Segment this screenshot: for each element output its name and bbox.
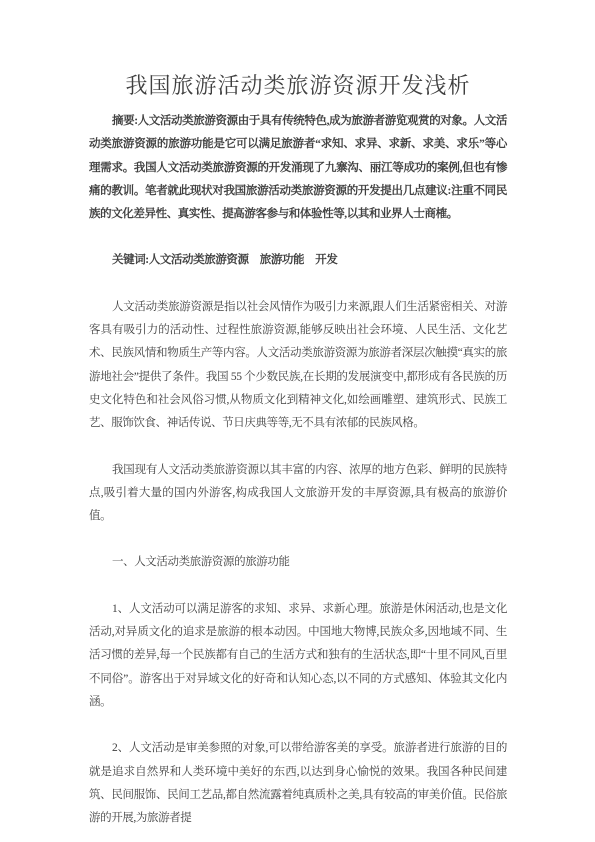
keywords-line: 关键词:人文活动类旅游资源 旅游功能 开发 xyxy=(89,249,507,272)
abstract-paragraph: 摘要:人文活动类旅游资源由于具有传统特色,成为旅游者游览观赏的对象。人文活动类旅… xyxy=(89,110,507,226)
intro-paragraph-2: 我国现有人文活动类旅游资源以其丰富的内容、浓厚的地方色彩、鲜明的民族特点,吸引着… xyxy=(89,459,507,529)
section-1-point-1: 1、人文活动可以满足游客的求知、求异、求新心理。旅游是休闲活动,也是文化活动,对… xyxy=(89,598,507,714)
section-1-point-2: 2、人文活动是审美参照的对象,可以带给游客美的享受。旅游者进行旅游的目的就是追求… xyxy=(89,737,507,830)
section-1-heading: 一、人文活动类旅游资源的旅游功能 xyxy=(89,551,507,574)
document-page: 我国旅游活动类旅游资源开发浅析 摘要:人文活动类旅游资源由于具有传统特色,成为旅… xyxy=(0,0,595,842)
page-title: 我国旅游活动类旅游资源开发浅析 xyxy=(89,71,507,100)
intro-paragraph-1: 人文活动类旅游资源是指以社会风情作为吸引力来源,跟人们生活紧密相关、对游客具有吸… xyxy=(89,296,507,436)
